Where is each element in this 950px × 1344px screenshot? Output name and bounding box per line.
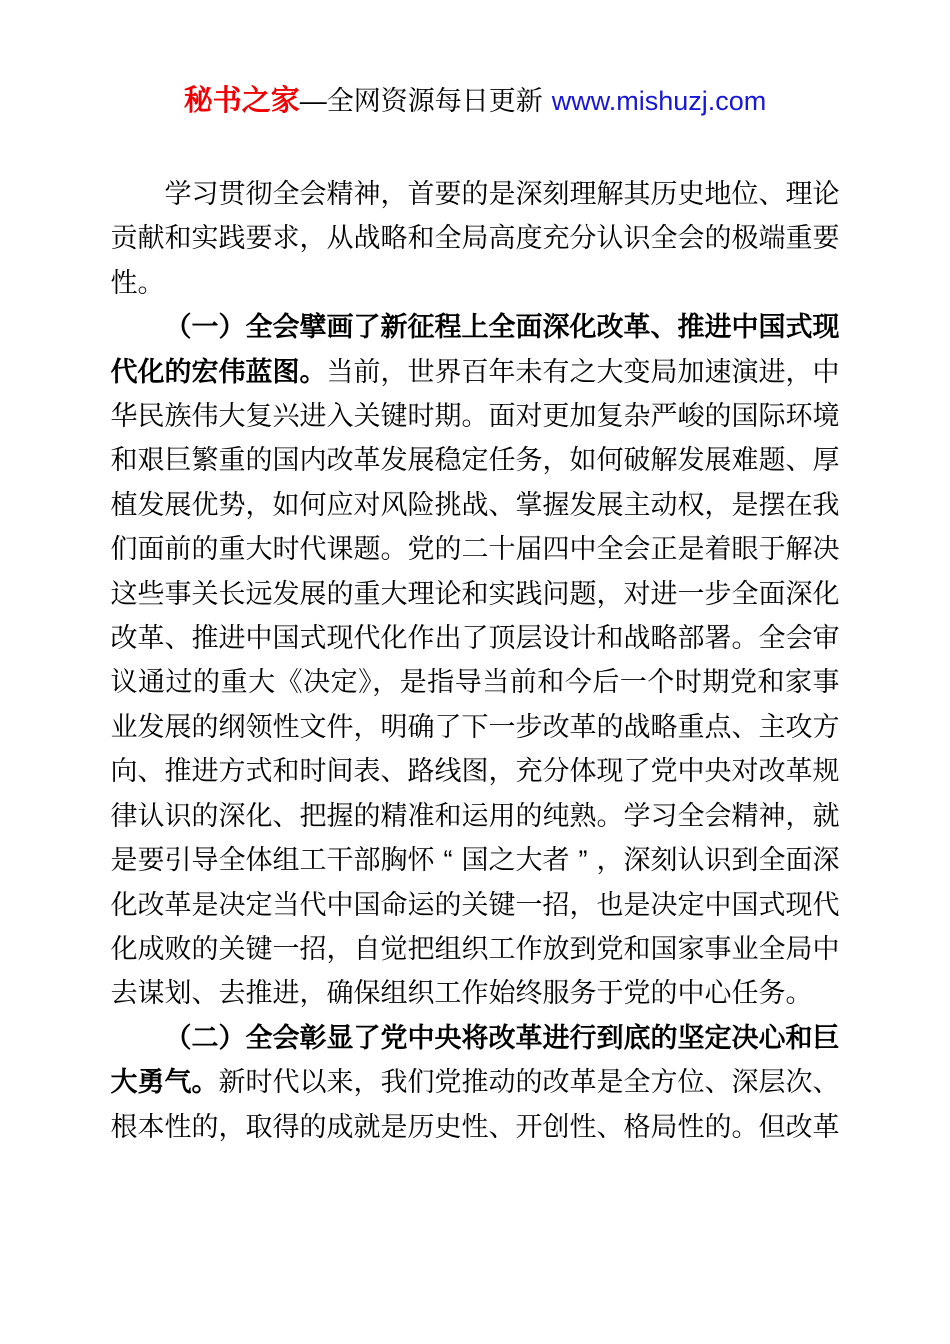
fullwidth-quote: ” [570, 838, 597, 882]
site-tagline: 全网资源每日更新 [327, 86, 543, 116]
dash-separator: — [300, 86, 327, 116]
paragraph-text: 当前，世界百年未有之大变局加速演进，中华民族伟大复兴进入关键时期。面对更加复杂严… [111, 357, 840, 1009]
document-body: 学习贯彻全会精神，首要的是深刻理解其历史地位、理论贡献和实践要求，从战略和全局高… [111, 172, 840, 1149]
body-paragraph: 学习贯彻全会精神，首要的是深刻理解其历史地位、理论贡献和实践要求，从战略和全局高… [111, 172, 840, 305]
document-page: 秘书之家—全网资源每日更新www.mishuzj.com 学习贯彻全会精神，首要… [0, 0, 950, 1344]
site-url-link[interactable]: www.mishuzj.com [552, 86, 767, 116]
body-paragraph: （二）全会彰显了党中央将改革进行到底的坚定决心和巨大勇气。新时代以来，我们党推动… [111, 1016, 840, 1149]
body-paragraph: （一）全会擘画了新征程上全面深化改革、推进中国式现代化的宏伟蓝图。当前，世界百年… [111, 305, 840, 1016]
paragraph-text: 学习贯彻全会精神，首要的是深刻理解其历史地位、理论贡献和实践要求，从战略和全局高… [111, 179, 840, 298]
site-header: 秘书之家—全网资源每日更新www.mishuzj.com [0, 0, 950, 118]
site-name: 秘书之家 [184, 85, 300, 117]
fullwidth-quote: “ [435, 838, 462, 882]
paragraph-text: 新时代以来，我们党推动的改革是全方位、深层次、根本性的，取得的成就是历史性、开创… [111, 1067, 840, 1141]
